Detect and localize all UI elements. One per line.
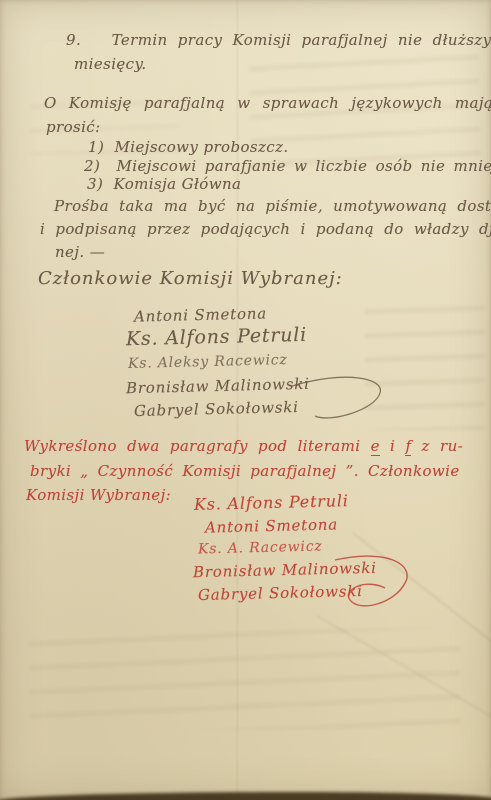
- intro-line-1: O Komisję parafjalną w sprawach językowy…: [44, 94, 491, 112]
- list-item-3: 3) Komisja Główna: [87, 175, 241, 193]
- red-note-text: i: [380, 437, 406, 455]
- list-item-text: Komisja Główna: [114, 175, 242, 193]
- list-item-text: Miejscowi parafjanie w liczbie osób nie …: [117, 157, 491, 175]
- item-number: 9.: [66, 31, 81, 49]
- signature-red-2: Antoni Smetona: [205, 515, 338, 536]
- signature-red-1: Ks. Alfons Petruli: [194, 491, 349, 514]
- scan-bottom-edge: [0, 792, 491, 800]
- red-note-text: Wykreślono dwa paragrafy pod literami: [24, 437, 371, 455]
- list-item-number: 2): [84, 157, 100, 175]
- request-line-2: i podpisaną przez podających i podaną do…: [40, 220, 491, 238]
- signature-brown-3: Ks. Aleksy Racewicz: [128, 352, 288, 372]
- signature-red-5: Gabryel Sokołowski: [198, 582, 363, 604]
- signature-brown-1: Antoni Smetona: [134, 304, 267, 325]
- signature-red-3: Ks. A. Racewicz: [198, 538, 323, 557]
- list-item-number: 3): [87, 175, 103, 193]
- list-item-2: 2) Miejscowi parafjanie w liczbie osób n…: [84, 157, 491, 175]
- ink-bleed-through: [29, 628, 460, 732]
- list-item-number: 1): [88, 138, 104, 156]
- request-line-3: nej. —: [55, 243, 105, 261]
- underlined-letter-e: e: [371, 437, 380, 456]
- members-heading: Członkowie Komisji Wybranej:: [38, 268, 343, 289]
- red-note-line-1: Wykreślono dwa paragrafy pod literami e …: [24, 437, 463, 455]
- request-line-1: Prośba taka ma być na piśmie, umotywowan…: [54, 197, 491, 215]
- intro-line-2: prosić:: [46, 118, 101, 136]
- signature-red-4: Bronisław Malinowski: [193, 559, 377, 581]
- paragraph-9-line-2: miesięcy.: [74, 55, 147, 73]
- red-note-line-2: bryki „ Czynność Komisji parafjalnej ”. …: [30, 462, 460, 480]
- ink-bleed-through: [365, 300, 485, 430]
- diagonal-crease: [317, 615, 491, 747]
- signature-brown-2: Ks. Alfons Petruli: [126, 324, 307, 350]
- list-item-text: Miejscowy proboszcz.: [115, 138, 289, 156]
- paragraph-9-text: Termin pracy Komisji parafjalnej nie dłu…: [112, 31, 491, 49]
- list-item-1: 1) Miejscowy proboszcz.: [88, 138, 289, 156]
- signature-brown-4: Bronisław Malinowski: [126, 375, 310, 397]
- manuscript-page: 9. Termin pracy Komisji parafjalnej nie …: [0, 0, 491, 800]
- red-note-line-3: Komisji Wybranej:: [26, 486, 171, 504]
- red-note-text: z ru-: [411, 437, 463, 455]
- paragraph-9-line-1: 9. Termin pracy Komisji parafjalnej nie …: [66, 31, 491, 49]
- signature-brown-5: Gabryel Sokołowski: [134, 398, 299, 420]
